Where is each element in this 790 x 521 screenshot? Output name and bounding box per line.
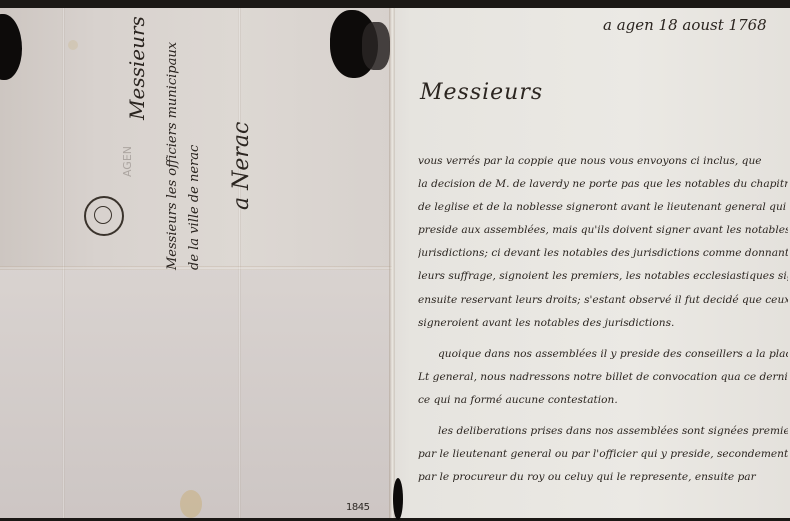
text-line: vous verrés par la coppie que nous vous … xyxy=(418,150,788,173)
address-line: Messieurs les officiers municipaux xyxy=(165,42,180,270)
text-line: de leglise et de la noblesse signeront a… xyxy=(418,196,788,219)
cover-address: Messieurs Messieurs les officiers munici… xyxy=(125,0,315,270)
address-line: a Nerac xyxy=(229,122,254,210)
address-line: Messieurs xyxy=(125,16,149,120)
text-line: ensuite reservant leurs droits; s'estant… xyxy=(418,289,788,312)
text-line: Lt general, nous nadressons notre billet… xyxy=(418,366,788,389)
text-line: par le procureur du roy ou celuy qui le … xyxy=(418,466,788,489)
paraph-flourish-icon xyxy=(84,196,124,236)
text-line: preside aux assemblées, mais qu'ils doiv… xyxy=(418,219,788,242)
archive-number: 1845 xyxy=(346,502,369,513)
text-line: ce qui na formé aucune contestation. xyxy=(418,389,788,412)
text-line: la decision de M. de laverdy ne porte pa… xyxy=(418,173,788,196)
wax-seal-remnant xyxy=(393,478,403,520)
text-line: jurisdictions; ci devant les notables de… xyxy=(418,242,788,265)
text-line: par le lieutenant general ou par l'offic… xyxy=(418,443,788,466)
text-line: quoique dans nos assemblées il y preside… xyxy=(418,343,788,366)
letter-body: vous verrés par la coppie que nous vous … xyxy=(418,150,788,489)
dateline: a agen 18 aoust 1768 xyxy=(603,16,767,34)
salutation: Messieurs xyxy=(420,80,543,105)
paper-stain xyxy=(68,40,78,50)
paper-stain xyxy=(180,490,202,518)
text-line: leurs suffrage, signoient les premiers, … xyxy=(418,265,788,288)
text-line: les deliberations prises dans nos assemb… xyxy=(418,420,788,443)
fold-line xyxy=(62,8,65,518)
text-line: signeroient avant les notables des juris… xyxy=(418,312,788,335)
address-line: de la ville de nerac xyxy=(187,145,202,270)
center-fold xyxy=(389,8,395,518)
wax-seal-remnant xyxy=(362,22,390,70)
